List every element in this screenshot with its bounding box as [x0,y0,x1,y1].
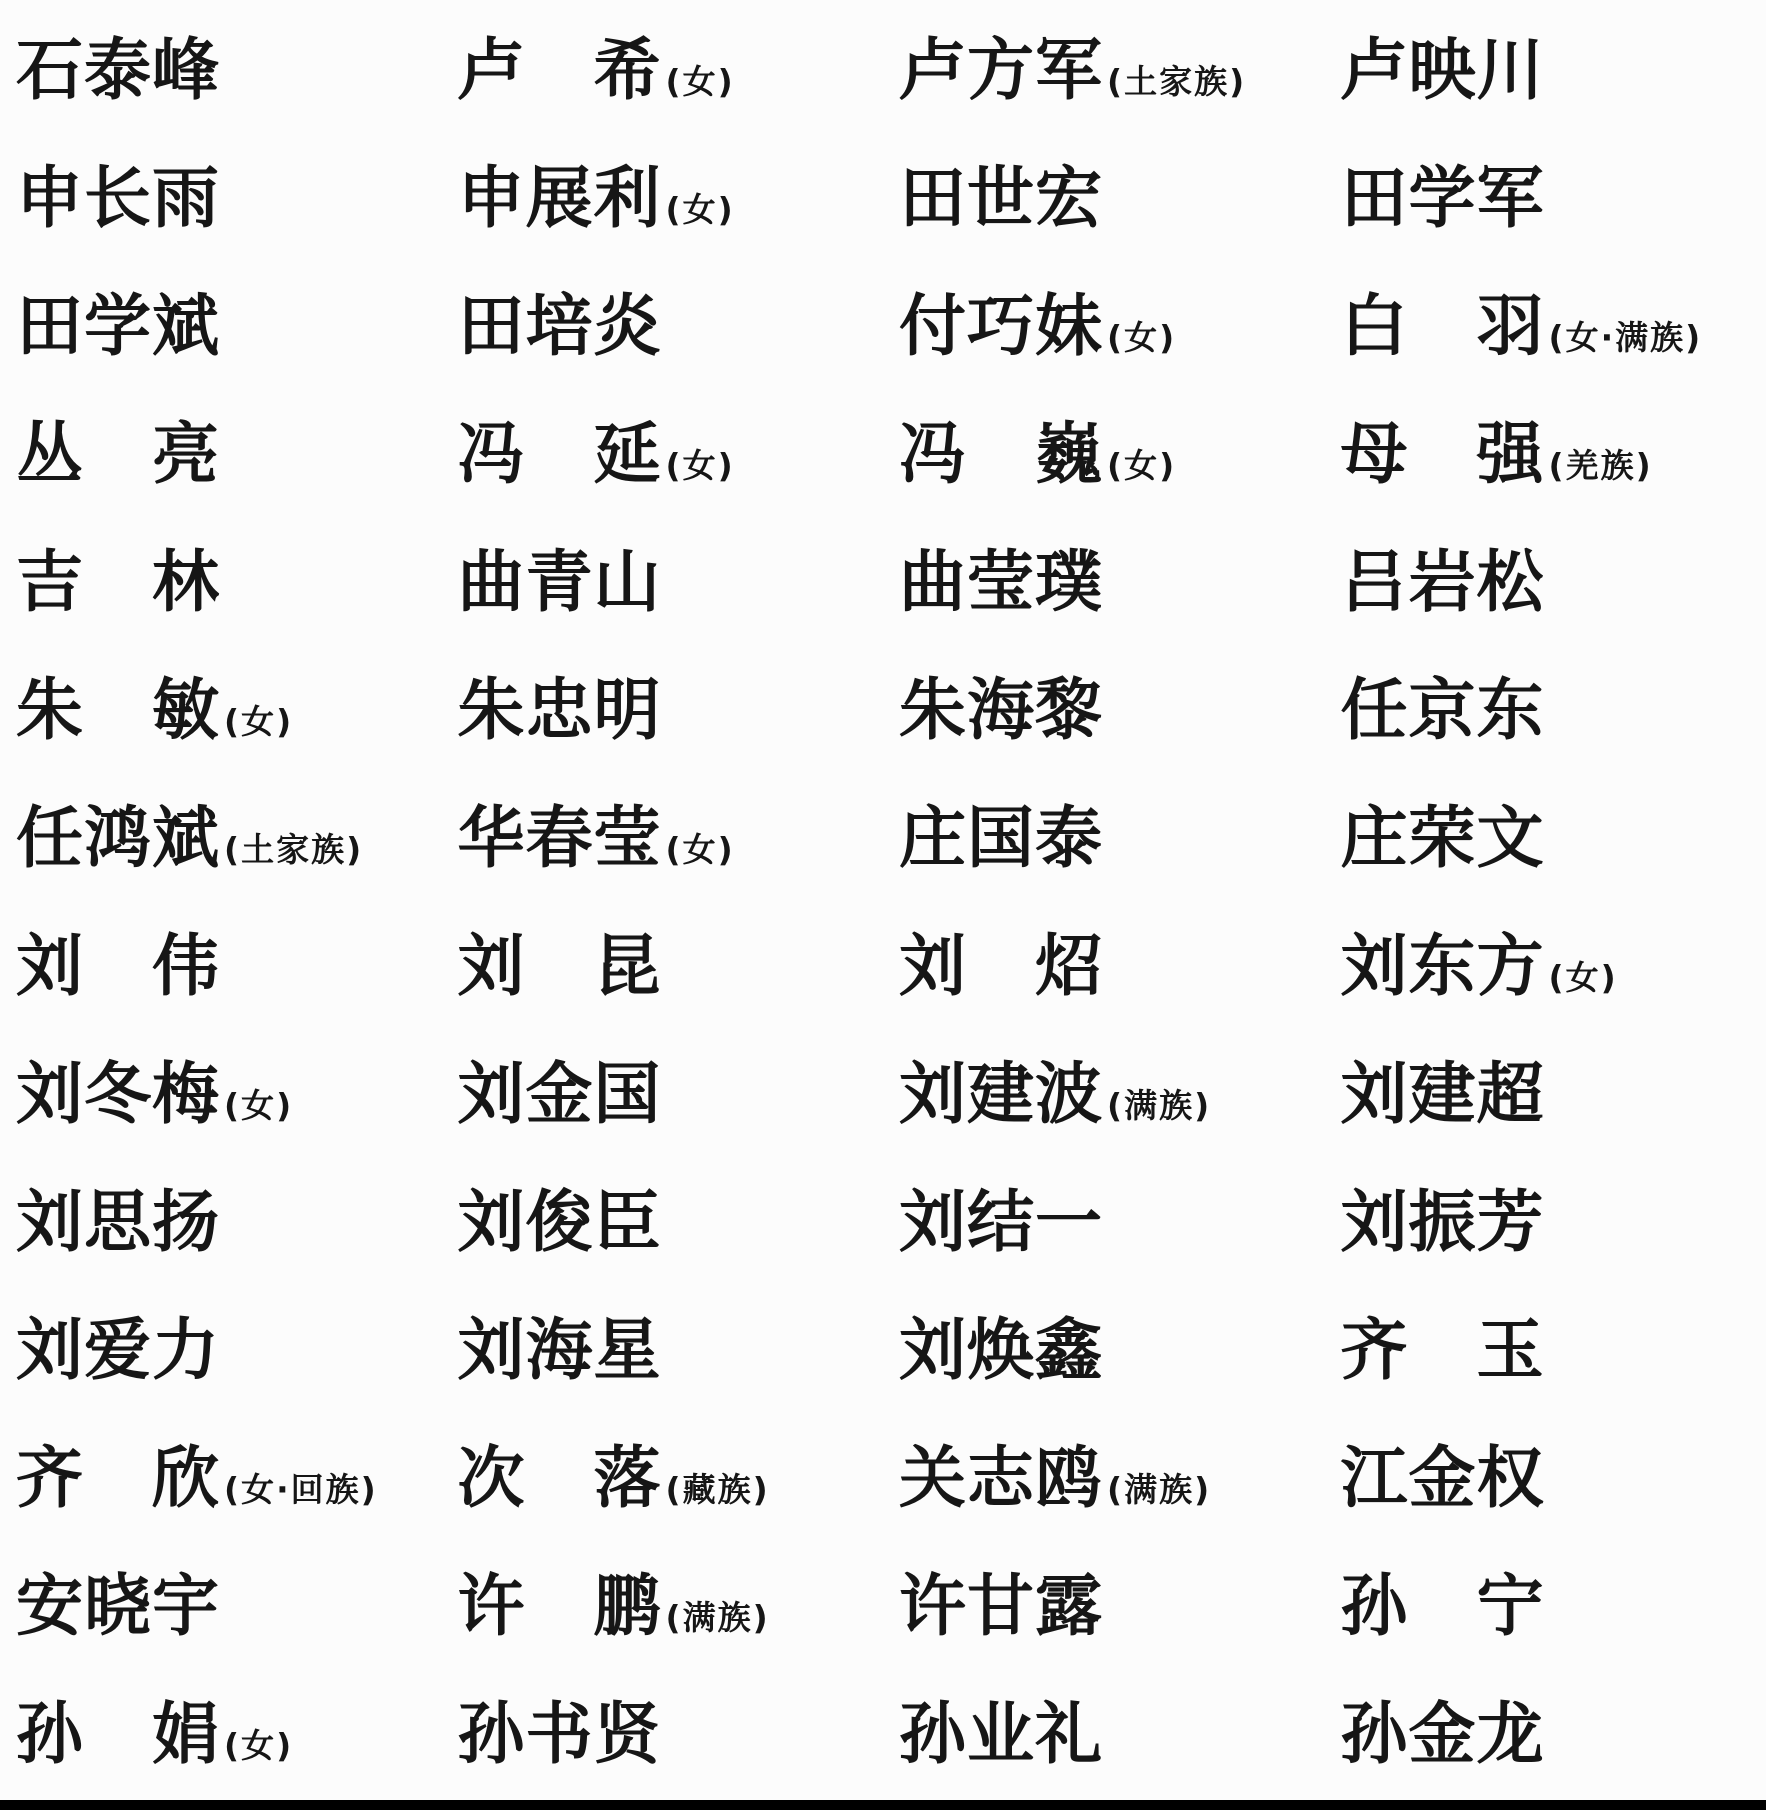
person-name: 卢映川 [1341,31,1545,109]
name-cell: 田学军 [1325,165,1766,232]
gender-ethnicity-tag: (羌族) [1549,446,1653,485]
person-name: 华春莹 [458,799,662,877]
person-name: 卢方军 [899,31,1103,109]
gender-ethnicity-tag: (女·满族) [1549,318,1703,357]
name-cell: 孙 宁 [1325,1573,1766,1640]
name-cell: 吕岩松 [1325,549,1766,616]
person-name: 刘东方 [1341,927,1545,1005]
name-cell: 刘结一 [883,1189,1325,1256]
name-cell: 母 强(羌族) [1325,421,1766,488]
person-name: 刘海星 [458,1311,662,1389]
gender-ethnicity-tag: (女) [224,1086,293,1125]
person-name: 刘焕鑫 [899,1311,1103,1389]
name-cell: 曲青山 [442,549,884,616]
person-name: 刘金国 [458,1055,662,1133]
gender-ethnicity-tag: (女) [666,190,735,229]
person-name: 田培炎 [458,287,662,365]
name-cell: 齐 欣(女·回族) [0,1445,442,1512]
person-name: 田学斌 [16,287,220,365]
name-cell: 刘思扬 [0,1189,442,1256]
name-cell: 白 羽(女·满族) [1325,293,1766,360]
name-roster-grid: 石泰峰卢 希(女)卢方军(土家族)卢映川申长雨申展利(女)田世宏田学军田学斌田培… [0,6,1766,1798]
name-cell: 孙书贤 [442,1701,884,1768]
person-name: 关志鸥 [899,1439,1103,1517]
person-name: 丛 亮 [16,415,220,493]
person-name: 刘振芳 [1341,1183,1545,1261]
person-name: 齐 欣 [16,1439,220,1517]
gender-ethnicity-tag: (满族) [1107,1086,1211,1125]
name-cell: 庄荣文 [1325,805,1766,872]
name-cell: 刘俊臣 [442,1189,884,1256]
gender-ethnicity-tag: (女) [224,1726,293,1765]
name-cell: 刘海星 [442,1317,884,1384]
name-cell: 曲莹璞 [883,549,1325,616]
person-name: 刘建超 [1341,1055,1545,1133]
name-cell: 刘爱力 [0,1317,442,1384]
gender-ethnicity-tag: (满族) [1107,1470,1211,1509]
person-name: 朱 敏 [16,671,220,749]
gender-ethnicity-tag: (藏族) [666,1470,770,1509]
name-cell: 刘 昆 [442,933,884,1000]
name-cell: 孙金龙 [1325,1701,1766,1768]
person-name: 田世宏 [899,159,1103,237]
person-name: 任京东 [1341,671,1545,749]
name-cell: 华春莹(女) [442,805,884,872]
person-name: 石泰峰 [16,31,220,109]
person-name: 卢 希 [458,31,662,109]
gender-ethnicity-tag: (土家族) [1107,62,1246,101]
person-name: 刘 炤 [899,927,1103,1005]
gender-ethnicity-tag: (女) [224,702,293,741]
person-name: 刘建波 [899,1055,1103,1133]
person-name: 刘 昆 [458,927,662,1005]
person-name: 孙书贤 [458,1695,662,1773]
gender-ethnicity-tag: (女·回族) [224,1470,378,1509]
name-cell: 次 落(藏族) [442,1445,884,1512]
gender-ethnicity-tag: (女) [666,446,735,485]
name-cell: 丛 亮 [0,421,442,488]
name-cell: 孙业礼 [883,1701,1325,1768]
person-name: 刘结一 [899,1183,1103,1261]
person-name: 任鸿斌 [16,799,220,877]
name-cell: 许甘露 [883,1573,1325,1640]
person-name: 白 羽 [1341,287,1545,365]
name-cell: 朱海黎 [883,677,1325,744]
person-name: 曲青山 [458,543,662,621]
person-name: 刘俊臣 [458,1183,662,1261]
name-cell: 吉 林 [0,549,442,616]
person-name: 申展利 [458,159,662,237]
gender-ethnicity-tag: (女) [666,830,735,869]
name-cell: 朱 敏(女) [0,677,442,744]
person-name: 冯 巍 [899,415,1103,493]
person-name: 许 鹏 [458,1567,662,1645]
person-name: 江金权 [1341,1439,1545,1517]
name-cell: 朱忠明 [442,677,884,744]
person-name: 齐 玉 [1341,1311,1545,1389]
name-cell: 刘 伟 [0,933,442,1000]
name-cell: 江金权 [1325,1445,1766,1512]
name-cell: 刘建波(满族) [883,1061,1325,1128]
person-name: 朱海黎 [899,671,1103,749]
name-cell: 关志鸥(满族) [883,1445,1325,1512]
name-cell: 刘金国 [442,1061,884,1128]
name-cell: 孙 娟(女) [0,1701,442,1768]
name-cell: 刘焕鑫 [883,1317,1325,1384]
person-name: 付巧妹 [899,287,1103,365]
name-cell: 卢方军(土家族) [883,37,1325,104]
name-cell: 田世宏 [883,165,1325,232]
gender-ethnicity-tag: (女) [1107,446,1176,485]
name-cell: 卢 希(女) [442,37,884,104]
name-cell: 任鸿斌(土家族) [0,805,442,872]
name-cell: 申长雨 [0,165,442,232]
person-name: 母 强 [1341,415,1545,493]
person-name: 刘思扬 [16,1183,220,1261]
name-cell: 刘建超 [1325,1061,1766,1128]
name-cell: 卢映川 [1325,37,1766,104]
gender-ethnicity-tag: (女) [666,62,735,101]
person-name: 安晓宇 [16,1567,220,1645]
person-name: 庄荣文 [1341,799,1545,877]
gender-ethnicity-tag: (女) [1549,958,1618,997]
gender-ethnicity-tag: (女) [1107,318,1176,357]
name-cell: 申展利(女) [442,165,884,232]
person-name: 冯 延 [458,415,662,493]
person-name: 刘冬梅 [16,1055,220,1133]
person-name: 吕岩松 [1341,543,1545,621]
person-name: 孙 娟 [16,1695,220,1773]
name-cell: 田学斌 [0,293,442,360]
person-name: 次 落 [458,1439,662,1517]
name-cell: 刘冬梅(女) [0,1061,442,1128]
gender-ethnicity-tag: (满族) [666,1598,770,1637]
name-cell: 庄国泰 [883,805,1325,872]
bottom-border-rule [0,1800,1766,1810]
person-name: 刘爱力 [16,1311,220,1389]
name-cell: 齐 玉 [1325,1317,1766,1384]
name-cell: 许 鹏(满族) [442,1573,884,1640]
gender-ethnicity-tag: (土家族) [224,830,363,869]
person-name: 吉 林 [16,543,220,621]
person-name: 申长雨 [16,159,220,237]
person-name: 孙金龙 [1341,1695,1545,1773]
name-cell: 刘东方(女) [1325,933,1766,1000]
name-cell: 刘 炤 [883,933,1325,1000]
person-name: 庄国泰 [899,799,1103,877]
name-cell: 石泰峰 [0,37,442,104]
name-cell: 付巧妹(女) [883,293,1325,360]
name-cell: 安晓宇 [0,1573,442,1640]
person-name: 田学军 [1341,159,1545,237]
name-cell: 刘振芳 [1325,1189,1766,1256]
name-cell: 任京东 [1325,677,1766,744]
name-cell: 冯 延(女) [442,421,884,488]
person-name: 朱忠明 [458,671,662,749]
person-name: 孙 宁 [1341,1567,1545,1645]
person-name: 许甘露 [899,1567,1103,1645]
name-cell: 冯 巍(女) [883,421,1325,488]
person-name: 曲莹璞 [899,543,1103,621]
person-name: 孙业礼 [899,1695,1103,1773]
person-name: 刘 伟 [16,927,220,1005]
name-cell: 田培炎 [442,293,884,360]
